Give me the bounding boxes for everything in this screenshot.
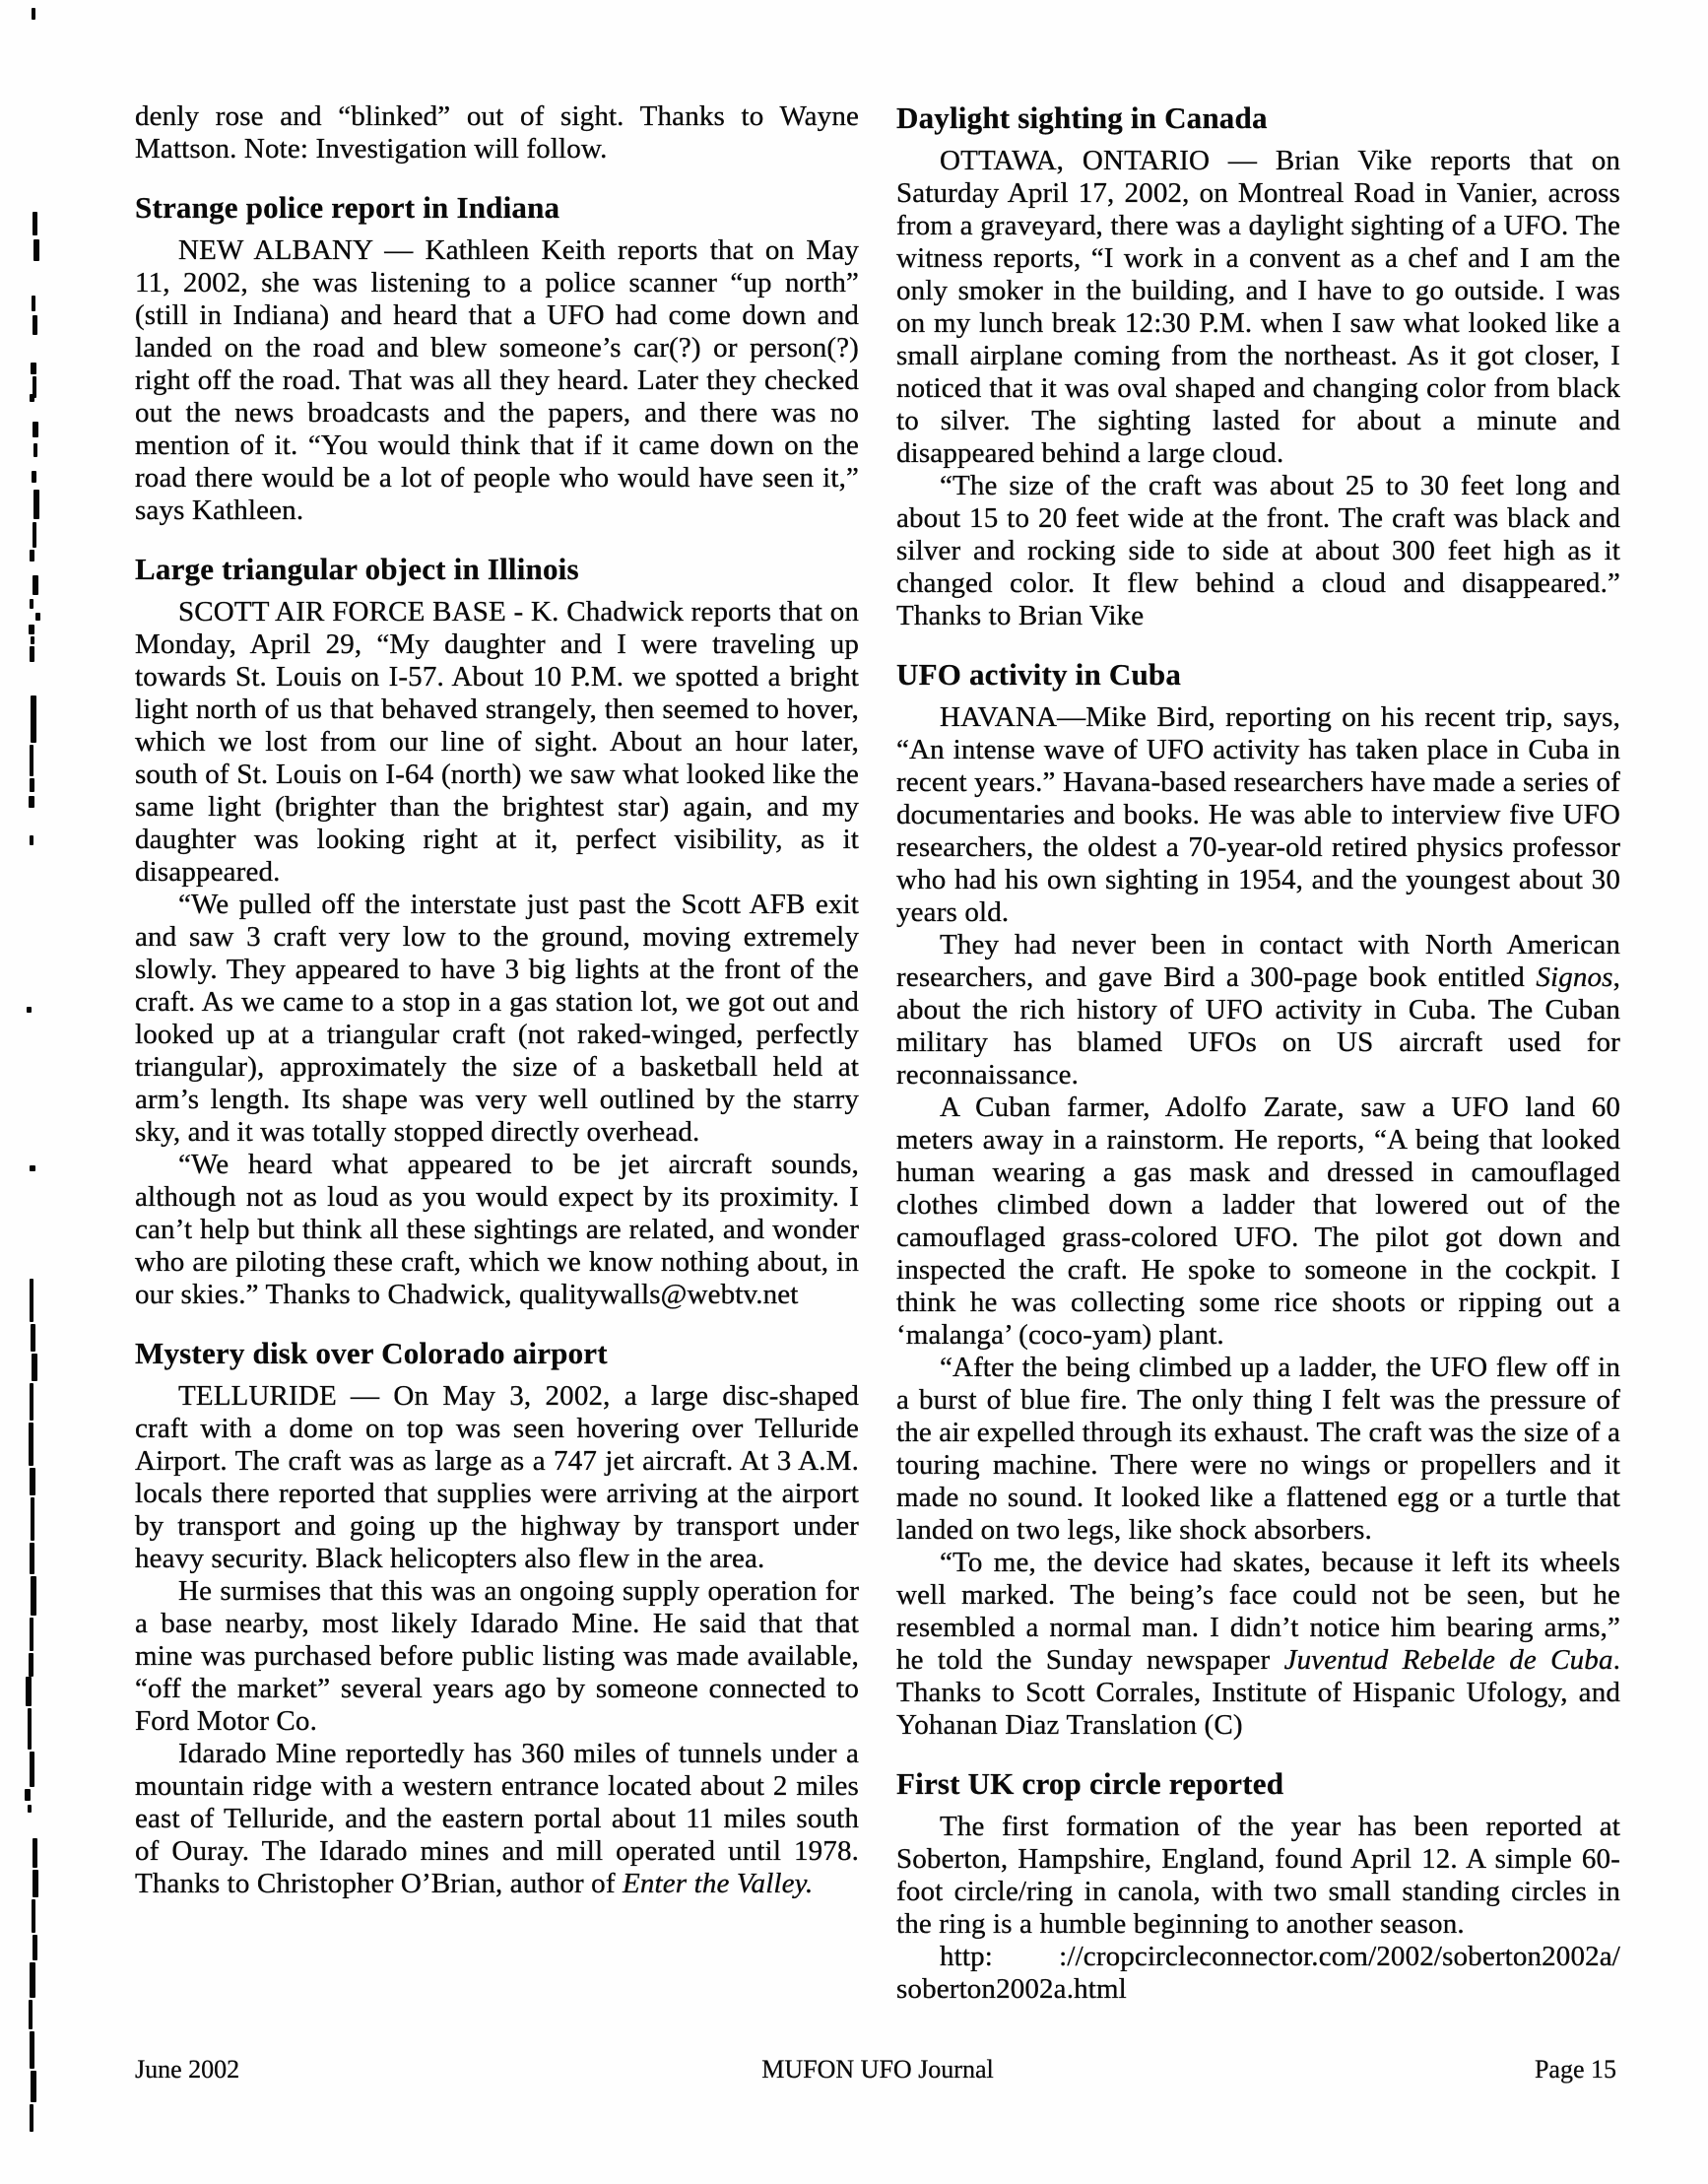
scan-mark: [32, 8, 35, 20]
scan-mark: [30, 646, 34, 662]
paragraph: OTTAWA, ONTARIO — Brian Vike reports tha…: [896, 145, 1620, 470]
article: Daylight sighting in CanadaOTTAWA, ONTAR…: [896, 100, 1620, 632]
scan-mark: [33, 522, 36, 548]
paragraph: Idarado Mine reportedly has 360 miles of…: [135, 1738, 859, 1900]
paragraph: “We pulled off the interstate just past …: [135, 889, 859, 1149]
scan-mark: [31, 2071, 36, 2102]
body-text: “The size of the craft was about 25 to 3…: [896, 470, 1620, 631]
article: denly rose and “blinked” out of sight. T…: [135, 100, 859, 165]
scan-mark: [30, 599, 33, 609]
scan-mark: [33, 490, 39, 519]
article-heading: Large triangular object in Illinois: [135, 552, 859, 586]
column-right: Daylight sighting in CanadaOTTAWA, ONTAR…: [896, 100, 1620, 2006]
body-text: denly rose and “blinked” out of sight. T…: [135, 100, 859, 165]
scan-mark: [30, 1165, 35, 1171]
paragraph: He surmises that this was an ongoing sup…: [135, 1575, 859, 1738]
scan-mark: [28, 1708, 32, 1750]
scan-mark: [35, 613, 40, 621]
article: UFO activity in CubaHAVANA—Mike Bird, re…: [896, 657, 1620, 1742]
body-text: “We heard what appeared to be jet aircra…: [135, 1149, 859, 1310]
body-text: HAVANA—Mike Bird, reporting on his recen…: [896, 701, 1620, 928]
scan-mark: [29, 625, 34, 634]
scan-mark: [30, 835, 33, 845]
scan-mark: [25, 1789, 31, 1801]
scan-mark: [33, 575, 38, 595]
scan-mark: [31, 1324, 35, 1352]
article-heading: First UK crop circle reported: [896, 1766, 1620, 1801]
body-text: TELLURIDE — On May 3, 2002, a large disc…: [135, 1380, 859, 1574]
paragraph: “To me, the device had skates, because i…: [896, 1547, 1620, 1742]
article: Mystery disk over Colorado airportTELLUR…: [135, 1336, 859, 1900]
article: First UK crop circle reportedThe first f…: [896, 1766, 1620, 2006]
scan-mark: [33, 376, 36, 398]
scan-mark: [33, 212, 37, 235]
scan-mark: [29, 796, 34, 808]
paragraph: HAVANA—Mike Bird, reporting on his recen…: [896, 701, 1620, 929]
column-left: denly rose and “blinked” out of sight. T…: [135, 100, 859, 2006]
article: Large triangular object in IllinoisSCOTT…: [135, 552, 859, 1311]
paragraph: “After the being climbed up a ladder, th…: [896, 1352, 1620, 1547]
scan-mark: [31, 1497, 34, 1541]
scan-mark: [30, 2031, 34, 2069]
scan-mark: [31, 363, 36, 374]
paragraph: denly rose and “blinked” out of sight. T…: [135, 100, 859, 165]
article-heading: Mystery disk over Colorado airport: [135, 1336, 859, 1370]
body-text: “After the being climbed up a ladder, th…: [896, 1352, 1620, 1546]
paragraph: SCOTT AIR FORCE BASE - K. Chadwick repor…: [135, 596, 859, 889]
scan-mark: [30, 1618, 33, 1651]
scan-mark: [33, 422, 38, 437]
scan-mark: [30, 1383, 33, 1421]
scan-mark: [29, 2000, 33, 2029]
paragraph: TELLURIDE — On May 3, 2002, a large disc…: [135, 1380, 859, 1575]
scan-mark: [30, 745, 33, 776]
body-text: NEW ALBANY — Kathleen Keith reports that…: [135, 234, 859, 526]
scan-mark: [30, 1752, 34, 1787]
paragraph: NEW ALBANY — Kathleen Keith reports that…: [135, 234, 859, 527]
body-text: http: ://cropcircleconnector.com/2002/so…: [896, 1941, 1620, 2005]
scan-mark: [33, 315, 37, 335]
scan-mark: [29, 1653, 33, 1677]
footer-page-number: Page 15: [1535, 2055, 1616, 2085]
page-footer: June 2002 MUFON UFO Journal Page 15: [135, 2055, 1620, 2088]
paragraph: They had never been in contact with Nort…: [896, 929, 1620, 1092]
scan-mark: [32, 1899, 35, 1933]
scan-mark: [27, 1007, 32, 1013]
paragraph: “We heard what appeared to be jet aircra…: [135, 1149, 859, 1311]
scan-mark: [32, 471, 36, 483]
body-text: He surmises that this was an ongoing sup…: [135, 1575, 859, 1737]
footer-journal-title: MUFON UFO Journal: [761, 2055, 993, 2085]
article-heading: Strange police report in Indiana: [135, 190, 859, 225]
scan-mark: [30, 1279, 33, 1322]
paragraph: “The size of the craft was about 25 to 3…: [896, 470, 1620, 632]
scan-mark: [33, 443, 37, 457]
body-text: OTTAWA, ONTARIO — Brian Vike reports tha…: [896, 145, 1620, 469]
scan-mark: [33, 239, 39, 261]
body-text: SCOTT AIR FORCE BASE - K. Chadwick repor…: [135, 596, 859, 888]
scan-mark: [30, 2104, 33, 2132]
scan-mark: [33, 1838, 37, 1868]
scan-mark: [30, 778, 34, 792]
scan-mark: [33, 1870, 38, 1897]
body-text: “We pulled off the interstate just past …: [135, 889, 859, 1148]
body-text: The first formation of the year has been…: [896, 1811, 1620, 1940]
scan-mark: [30, 1543, 34, 1574]
page-content: denly rose and “blinked” out of sight. T…: [135, 100, 1620, 2006]
body-text: A Cuban farmer, Adolfo Zarate, saw a UFO…: [896, 1092, 1620, 1351]
italic-text: Signos: [1536, 961, 1612, 993]
scan-mark: [29, 1423, 33, 1466]
paragraph: The first formation of the year has been…: [896, 1811, 1620, 1941]
scan-mark: [31, 695, 36, 743]
paragraph: http: ://cropcircleconnector.com/2002/so…: [896, 1941, 1620, 2006]
scan-mark: [30, 550, 34, 562]
scan-mark: [31, 1576, 36, 1616]
italic-text: Juventud Rebelde de Cuba: [1284, 1644, 1613, 1676]
scanned-journal-page: denly rose and “blinked” out of sight. T…: [0, 0, 1708, 2184]
article-heading: Daylight sighting in Canada: [896, 100, 1620, 135]
scan-mark: [32, 1354, 37, 1381]
scan-mark: [30, 394, 34, 402]
article-heading: UFO activity in Cuba: [896, 657, 1620, 692]
scan-mark: [30, 1468, 35, 1495]
italic-text: Enter the Valley.: [623, 1868, 813, 1899]
paragraph: A Cuban farmer, Adolfo Zarate, saw a UFO…: [896, 1092, 1620, 1352]
scan-mark: [26, 1677, 32, 1706]
body-text: They had never been in contact with Nort…: [896, 929, 1620, 993]
scan-mark: [30, 1962, 35, 1998]
scan-mark: [28, 1805, 32, 1813]
footer-date: June 2002: [135, 2055, 239, 2085]
scan-mark: [33, 1935, 37, 1960]
scan-mark: [32, 296, 35, 311]
scan-mark: [31, 636, 34, 644]
article: Strange police report in IndianaNEW ALBA…: [135, 190, 859, 527]
